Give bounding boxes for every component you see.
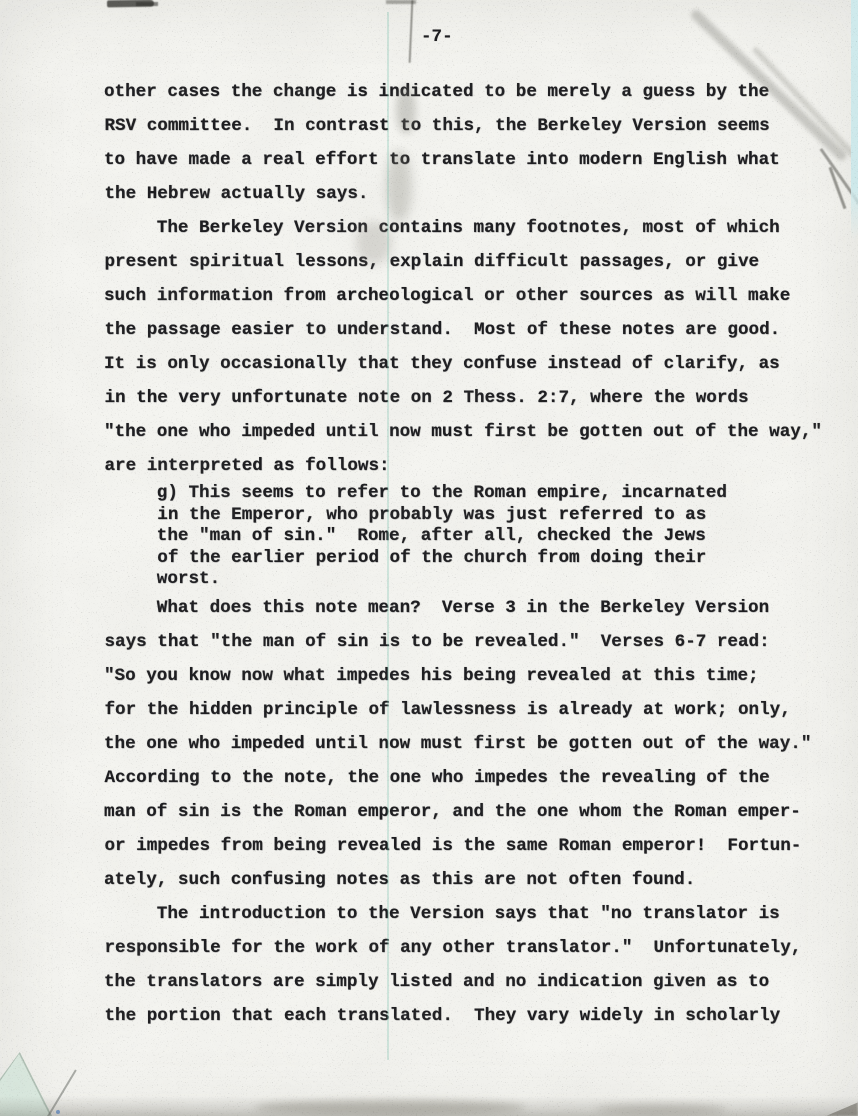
ink-speck bbox=[56, 1110, 60, 1114]
text-line: It is only occasionally that they confus… bbox=[104, 347, 858, 381]
block-quote: g) This seems to refer to the Roman empi… bbox=[157, 483, 858, 591]
text-line: ately, such confusing notes as this are … bbox=[104, 863, 858, 897]
page-corner-fold bbox=[0, 1052, 52, 1116]
text-line: present spiritual lessons, explain diffi… bbox=[105, 245, 858, 279]
text-line: or impedes from being revealed is the sa… bbox=[105, 829, 858, 863]
text-line: "the one who impeded until now must firs… bbox=[104, 415, 858, 449]
text-line: other cases the change is indicated to b… bbox=[104, 75, 858, 109]
text-line: are interpreted as follows: bbox=[105, 449, 858, 483]
paragraph: other cases the change is indicated to b… bbox=[104, 75, 858, 211]
text-line: in the Emperor, who probably was just re… bbox=[157, 505, 858, 527]
text-line: What does this note mean? Verse 3 in the… bbox=[104, 591, 858, 625]
text-line: the passage easier to understand. Most o… bbox=[105, 313, 858, 347]
fold-crease bbox=[47, 1069, 76, 1116]
page-corner-fold bbox=[0, 1054, 50, 1116]
text-line: to have made a real effort to translate … bbox=[104, 143, 858, 177]
typewritten-text-body: other cases the change is indicated to b… bbox=[104, 0, 858, 1033]
paragraph: The introduction to the Version says tha… bbox=[104, 897, 858, 1033]
paragraph: What does this note mean? Verse 3 in the… bbox=[104, 591, 858, 897]
text-line: in the very unfortunate note on 2 Thess.… bbox=[105, 381, 858, 415]
text-line: the portion that each translated. They v… bbox=[105, 999, 858, 1033]
scanned-document-page: -7- other cases the change is indicated … bbox=[0, 0, 858, 1116]
toner-smudge bbox=[826, 1100, 858, 1116]
text-line: the one who impeded until now must first… bbox=[104, 727, 858, 761]
text-line: RSV committee. In contrast to this, the … bbox=[105, 109, 858, 143]
text-line: says that "the man of sin is to be revea… bbox=[105, 625, 858, 659]
text-line: g) This seems to refer to the Roman empi… bbox=[157, 483, 858, 505]
text-line: According to the note, the one who imped… bbox=[105, 761, 858, 795]
text-line: The introduction to the Version says tha… bbox=[104, 897, 858, 931]
text-line: the translators are simply listed and no… bbox=[104, 965, 858, 999]
text-line: responsible for the work of any other tr… bbox=[105, 931, 858, 965]
text-line: such information from archeological or o… bbox=[104, 279, 858, 313]
text-line: The Berkeley Version contains many footn… bbox=[104, 211, 858, 245]
paragraph: The Berkeley Version contains many footn… bbox=[104, 211, 858, 483]
text-line: the Hebrew actually says. bbox=[105, 177, 858, 211]
text-line: of the earlier period of the church from… bbox=[157, 548, 858, 570]
text-line: man of sin is the Roman emperor, and the… bbox=[104, 795, 858, 829]
text-line: worst. bbox=[157, 569, 858, 591]
toner-smudge bbox=[596, 1104, 726, 1115]
text-line: "So you know now what impedes his being … bbox=[104, 659, 858, 693]
toner-smudge bbox=[255, 1100, 525, 1115]
text-line: the "man of sin." Rome, after all, check… bbox=[157, 526, 858, 548]
toner-smudge-band bbox=[0, 1096, 858, 1116]
text-line: for the hidden principle of lawlessness … bbox=[105, 693, 858, 727]
